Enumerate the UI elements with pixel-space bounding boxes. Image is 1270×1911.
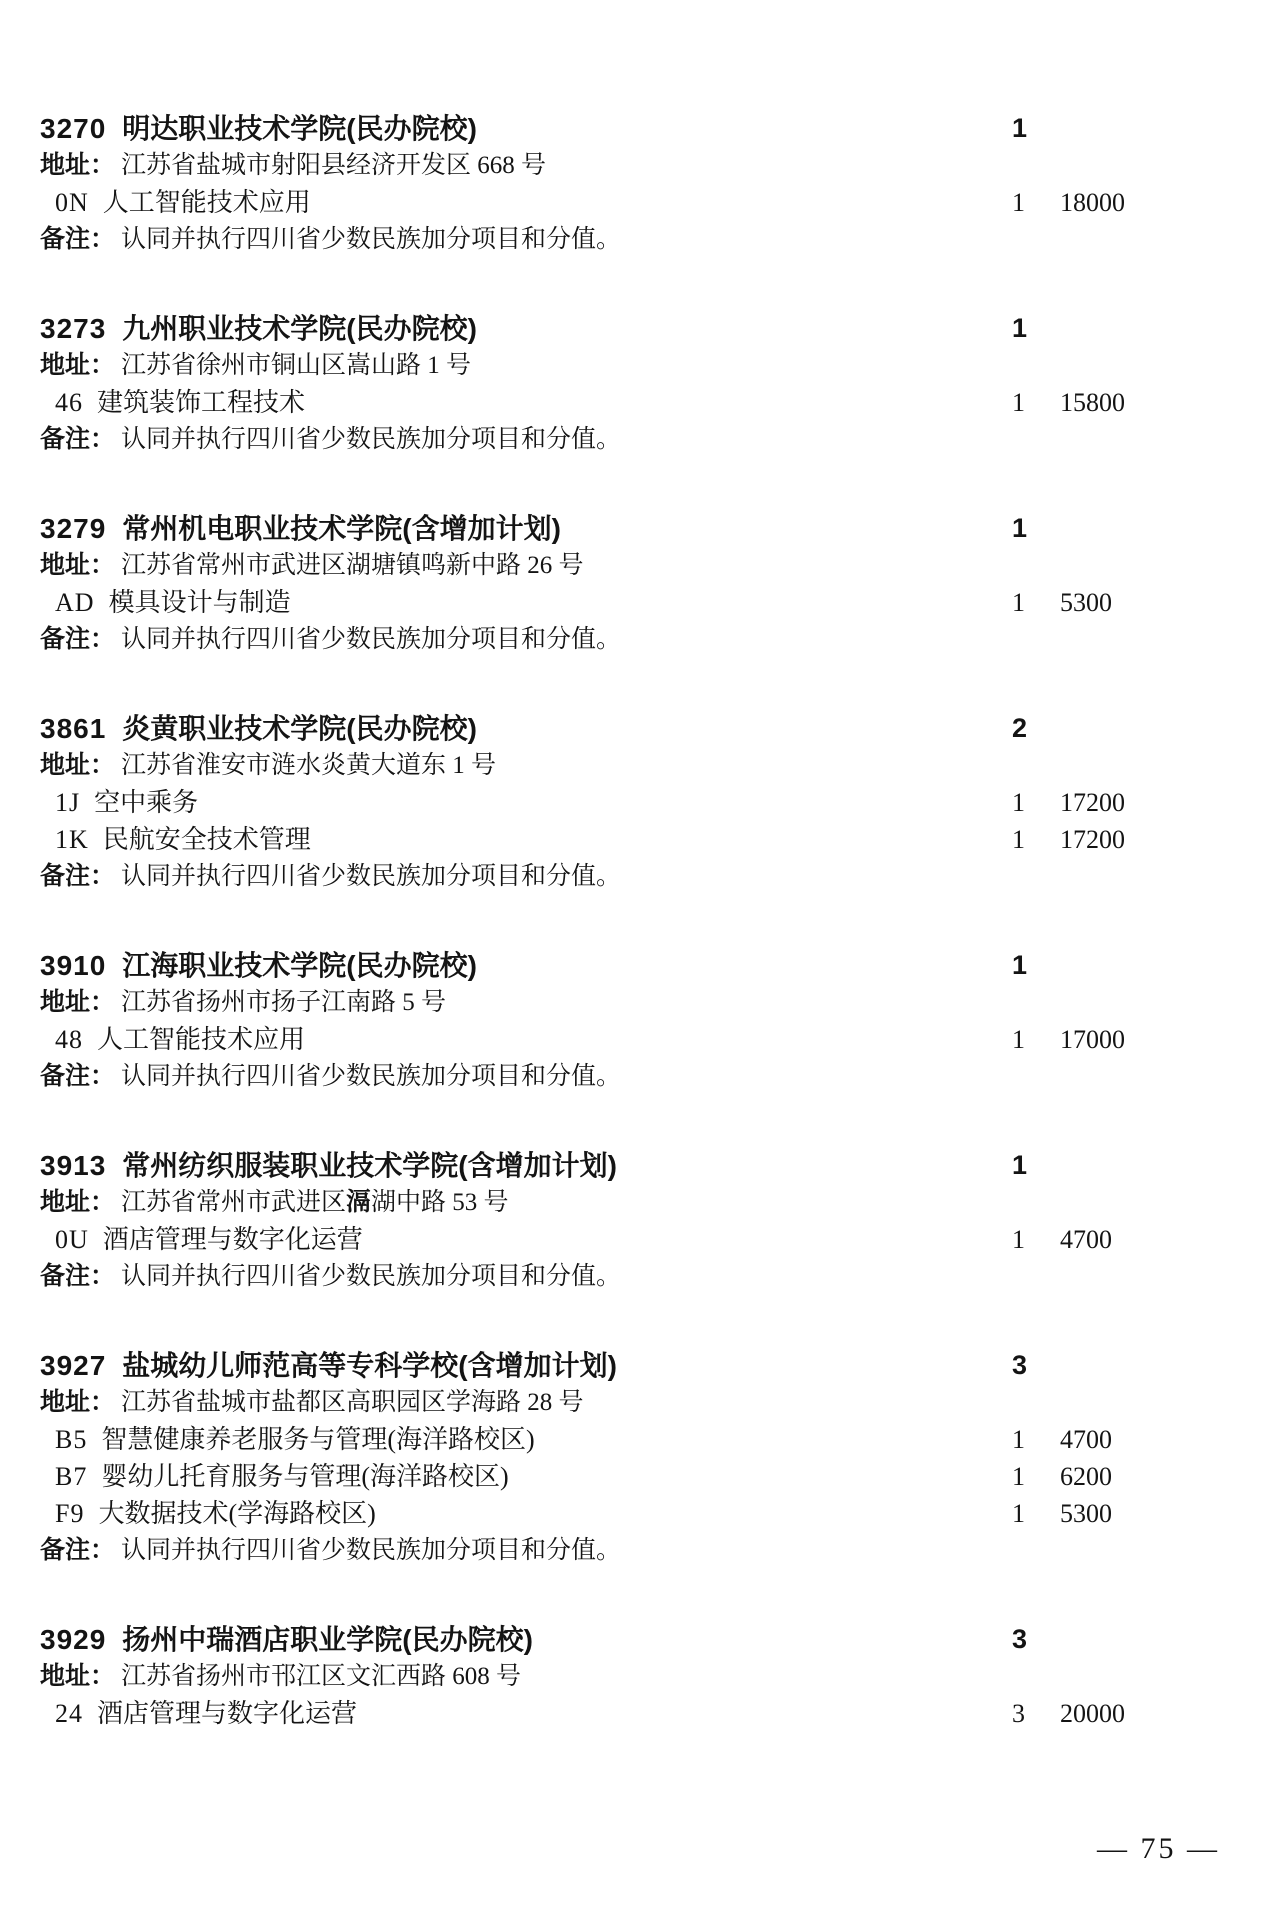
- remark-line: 备注：认同并执行四川省少数民族加分项目和分值。: [40, 1532, 1230, 1569]
- major-fee: 20000: [1060, 1695, 1125, 1732]
- address-line: 地址：江苏省盐城市盐都区高职园区学海路 28 号: [40, 1384, 1230, 1421]
- remark-label: 备注：: [40, 625, 115, 653]
- major-rows: 1J空中乘务 1 17200 1K民航安全技术管理 1 17200: [40, 784, 1230, 858]
- remark-line: 备注：认同并执行四川省少数民族加分项目和分值。: [40, 421, 1230, 458]
- major-code: 1J: [55, 788, 80, 817]
- college-header-line: 3929扬州中瑞酒店职业学院(民办院校) 3: [40, 1621, 1230, 1658]
- address-line: 地址：江苏省常州市武进区湖塘镇鸣新中路 26 号: [40, 547, 1230, 584]
- major-name: 人工智能技术应用: [97, 1025, 305, 1054]
- address-label: 地址：: [40, 551, 115, 579]
- college-plan-total: 3: [1012, 1621, 1027, 1658]
- remark-line: 备注：认同并执行四川省少数民族加分项目和分值。: [40, 1058, 1230, 1095]
- college-name: 常州纺织服装职业技术学院(含增加计划): [122, 1150, 617, 1181]
- college-code: 3279: [40, 513, 106, 544]
- college-block: 3270明达职业技术学院(民办院校) 1 地址：江苏省盐城市射阳县经济开发区 6…: [40, 110, 1230, 258]
- address-line: 地址：江苏省徐州市铜山区嵩山路 1 号: [40, 347, 1230, 384]
- address-label: 地址：: [40, 1388, 115, 1416]
- college-header-line: 3913常州纺织服装职业技术学院(含增加计划) 1: [40, 1147, 1230, 1184]
- major-row: 46建筑装饰工程技术 1 15800: [40, 384, 1230, 421]
- college-code: 3270: [40, 113, 106, 144]
- major-code: B7: [55, 1462, 87, 1491]
- major-rows: 0N人工智能技术应用 1 18000: [40, 184, 1230, 221]
- major-name: 智慧健康养老服务与管理(海洋路校区): [101, 1425, 534, 1454]
- address-line: 地址：江苏省常州市武进区滆湖中路 53 号: [40, 1184, 1230, 1221]
- college-name: 扬州中瑞酒店职业学院(民办院校): [122, 1624, 533, 1655]
- document-page: 3270明达职业技术学院(民办院校) 1 地址：江苏省盐城市射阳县经济开发区 6…: [0, 0, 1270, 1911]
- address-label: 地址：: [40, 1188, 115, 1216]
- address-label: 地址：: [40, 1662, 115, 1690]
- remark-label: 备注：: [40, 862, 115, 890]
- remark-text: 认同并执行四川省少数民族加分项目和分值。: [121, 226, 621, 253]
- remark-line: 备注：认同并执行四川省少数民族加分项目和分值。: [40, 1258, 1230, 1295]
- major-rows: 24酒店管理与数字化运营 3 20000: [40, 1695, 1230, 1732]
- major-row: 0U酒店管理与数字化运营 1 4700: [40, 1221, 1230, 1258]
- college-header-line: 3927盐城幼儿师范高等专科学校(含增加计划) 3: [40, 1347, 1230, 1384]
- college-list: 3270明达职业技术学院(民办院校) 1 地址：江苏省盐城市射阳县经济开发区 6…: [40, 110, 1230, 1784]
- college-name: 盐城幼儿师范高等专科学校(含增加计划): [122, 1350, 617, 1381]
- major-quota: 1: [1012, 1458, 1025, 1495]
- remark-text: 认同并执行四川省少数民族加分项目和分值。: [121, 1537, 621, 1564]
- major-code: AD: [55, 588, 95, 617]
- college-plan-total: 1: [1012, 110, 1027, 147]
- college-block: 3913常州纺织服装职业技术学院(含增加计划) 1 地址：江苏省常州市武进区滆湖…: [40, 1147, 1230, 1295]
- major-fee: 6200: [1060, 1458, 1112, 1495]
- major-fee: 5300: [1060, 584, 1112, 621]
- major-rows: 46建筑装饰工程技术 1 15800: [40, 384, 1230, 421]
- college-code: 3861: [40, 713, 106, 744]
- major-row: 1J空中乘务 1 17200: [40, 784, 1230, 821]
- major-rows: 48人工智能技术应用 1 17000: [40, 1021, 1230, 1058]
- remark-line: 备注：认同并执行四川省少数民族加分项目和分值。: [40, 621, 1230, 658]
- major-fee: 5300: [1060, 1495, 1112, 1532]
- major-quota: 1: [1012, 584, 1025, 621]
- major-name: 酒店管理与数字化运营: [97, 1699, 357, 1728]
- college-code: 3929: [40, 1624, 106, 1655]
- major-code: B5: [55, 1425, 87, 1454]
- major-fee: 17000: [1060, 1021, 1125, 1058]
- college-name: 炎黄职业技术学院(民办院校): [122, 713, 477, 744]
- major-name: 模具设计与制造: [109, 588, 291, 617]
- address-label: 地址：: [40, 351, 115, 379]
- remark-text: 认同并执行四川省少数民族加分项目和分值。: [121, 1063, 621, 1090]
- college-block: 3279常州机电职业技术学院(含增加计划) 1 地址：江苏省常州市武进区湖塘镇鸣…: [40, 510, 1230, 658]
- address-text: 江苏省盐城市射阳县经济开发区 668 号: [121, 152, 546, 179]
- major-name: 酒店管理与数字化运营: [103, 1225, 363, 1254]
- major-quota: 1: [1012, 184, 1025, 221]
- major-quota: 3: [1012, 1695, 1025, 1732]
- college-plan-total: 3: [1012, 1347, 1027, 1384]
- major-name: 大数据技术(学海路校区): [98, 1499, 375, 1528]
- major-quota: 1: [1012, 384, 1025, 421]
- address-line: 地址：江苏省扬州市扬子江南路 5 号: [40, 984, 1230, 1021]
- major-row: 48人工智能技术应用 1 17000: [40, 1021, 1230, 1058]
- remark-line: 备注：认同并执行四川省少数民族加分项目和分值。: [40, 858, 1230, 895]
- remark-line: 备注：认同并执行四川省少数民族加分项目和分值。: [40, 221, 1230, 258]
- college-block: 3927盐城幼儿师范高等专科学校(含增加计划) 3 地址：江苏省盐城市盐都区高职…: [40, 1347, 1230, 1569]
- college-header-line: 3270明达职业技术学院(民办院校) 1: [40, 110, 1230, 147]
- major-fee: 18000: [1060, 184, 1125, 221]
- college-plan-total: 1: [1012, 310, 1027, 347]
- college-header-line: 3279常州机电职业技术学院(含增加计划) 1: [40, 510, 1230, 547]
- college-code: 3273: [40, 313, 106, 344]
- major-row: AD模具设计与制造 1 5300: [40, 584, 1230, 621]
- college-block: 3861炎黄职业技术学院(民办院校) 2 地址：江苏省淮安市涟水炎黄大道东 1 …: [40, 710, 1230, 895]
- address-text: 江苏省淮安市涟水炎黄大道东 1 号: [121, 752, 496, 779]
- page-number: — 75 —: [1097, 1832, 1220, 1866]
- major-name: 空中乘务: [94, 788, 198, 817]
- address-text: 江苏省扬州市扬子江南路 5 号: [121, 989, 446, 1016]
- major-row: B5智慧健康养老服务与管理(海洋路校区) 1 4700: [40, 1421, 1230, 1458]
- major-code: 48: [55, 1025, 83, 1054]
- address-text: 江苏省扬州市邗江区文汇西路 608 号: [121, 1663, 521, 1690]
- remark-label: 备注：: [40, 1062, 115, 1090]
- major-code: 24: [55, 1699, 83, 1728]
- remark-text: 认同并执行四川省少数民族加分项目和分值。: [121, 863, 621, 890]
- major-code: 0N: [55, 188, 89, 217]
- major-code: 1K: [55, 825, 89, 854]
- major-quota: 1: [1012, 821, 1025, 858]
- remark-label: 备注：: [40, 1536, 115, 1564]
- major-name: 婴幼儿托育服务与管理(海洋路校区): [101, 1462, 508, 1491]
- address-line: 地址：江苏省盐城市射阳县经济开发区 668 号: [40, 147, 1230, 184]
- major-fee: 4700: [1060, 1421, 1112, 1458]
- address-text: 江苏省常州市武进区湖塘镇鸣新中路 26 号: [121, 552, 584, 579]
- college-plan-total: 2: [1012, 710, 1027, 747]
- remark-text: 认同并执行四川省少数民族加分项目和分值。: [121, 1263, 621, 1290]
- address-label: 地址：: [40, 751, 115, 779]
- major-quota: 1: [1012, 784, 1025, 821]
- major-code: 0U: [55, 1225, 89, 1254]
- college-code: 3910: [40, 950, 106, 981]
- major-row: 0N人工智能技术应用 1 18000: [40, 184, 1230, 221]
- college-name: 江海职业技术学院(民办院校): [122, 950, 477, 981]
- address-text: 江苏省徐州市铜山区嵩山路 1 号: [121, 352, 471, 379]
- remark-label: 备注：: [40, 1262, 115, 1290]
- major-rows: 0U酒店管理与数字化运营 1 4700: [40, 1221, 1230, 1258]
- college-code: 3927: [40, 1350, 106, 1381]
- major-row: B7婴幼儿托育服务与管理(海洋路校区) 1 6200: [40, 1458, 1230, 1495]
- major-fee: 15800: [1060, 384, 1125, 421]
- college-header-line: 3910江海职业技术学院(民办院校) 1: [40, 947, 1230, 984]
- college-header-line: 3273九州职业技术学院(民办院校) 1: [40, 310, 1230, 347]
- major-fee: 17200: [1060, 784, 1125, 821]
- major-rows: AD模具设计与制造 1 5300: [40, 584, 1230, 621]
- address-label: 地址：: [40, 151, 115, 179]
- address-text: 江苏省盐城市盐都区高职园区学海路 28 号: [121, 1389, 584, 1416]
- major-quota: 1: [1012, 1495, 1025, 1532]
- major-row: 24酒店管理与数字化运营 3 20000: [40, 1695, 1230, 1732]
- major-code: 46: [55, 388, 83, 417]
- remark-label: 备注：: [40, 225, 115, 253]
- college-header-line: 3861炎黄职业技术学院(民办院校) 2: [40, 710, 1230, 747]
- major-name: 民航安全技术管理: [103, 825, 311, 854]
- major-quota: 1: [1012, 1021, 1025, 1058]
- major-name: 人工智能技术应用: [103, 188, 311, 217]
- major-fee: 17200: [1060, 821, 1125, 858]
- college-plan-total: 1: [1012, 947, 1027, 984]
- college-name: 明达职业技术学院(民办院校): [122, 113, 477, 144]
- major-row: 1K民航安全技术管理 1 17200: [40, 821, 1230, 858]
- major-name: 建筑装饰工程技术: [97, 388, 305, 417]
- college-name: 九州职业技术学院(民办院校): [122, 313, 477, 344]
- college-block: 3273九州职业技术学院(民办院校) 1 地址：江苏省徐州市铜山区嵩山路 1 号…: [40, 310, 1230, 458]
- address-line: 地址：江苏省淮安市涟水炎黄大道东 1 号: [40, 747, 1230, 784]
- address-label: 地址：: [40, 988, 115, 1016]
- major-quota: 1: [1012, 1421, 1025, 1458]
- college-block: 3910江海职业技术学院(民办院校) 1 地址：江苏省扬州市扬子江南路 5 号 …: [40, 947, 1230, 1095]
- major-row: F9大数据技术(学海路校区) 1 5300: [40, 1495, 1230, 1532]
- major-fee: 4700: [1060, 1221, 1112, 1258]
- remark-text: 认同并执行四川省少数民族加分项目和分值。: [121, 426, 621, 453]
- college-block: 3929扬州中瑞酒店职业学院(民办院校) 3 地址：江苏省扬州市邗江区文汇西路 …: [40, 1621, 1230, 1732]
- college-plan-total: 1: [1012, 1147, 1027, 1184]
- college-name: 常州机电职业技术学院(含增加计划): [122, 513, 561, 544]
- major-code: F9: [55, 1499, 84, 1528]
- address-line: 地址：江苏省扬州市邗江区文汇西路 608 号: [40, 1658, 1230, 1695]
- college-plan-total: 1: [1012, 510, 1027, 547]
- major-quota: 1: [1012, 1221, 1025, 1258]
- college-code: 3913: [40, 1150, 106, 1181]
- major-rows: B5智慧健康养老服务与管理(海洋路校区) 1 4700 B7婴幼儿托育服务与管理…: [40, 1421, 1230, 1532]
- remark-label: 备注：: [40, 425, 115, 453]
- remark-text: 认同并执行四川省少数民族加分项目和分值。: [121, 626, 621, 653]
- address-text: 江苏省常州市武进区滆湖中路 53 号: [121, 1189, 509, 1216]
